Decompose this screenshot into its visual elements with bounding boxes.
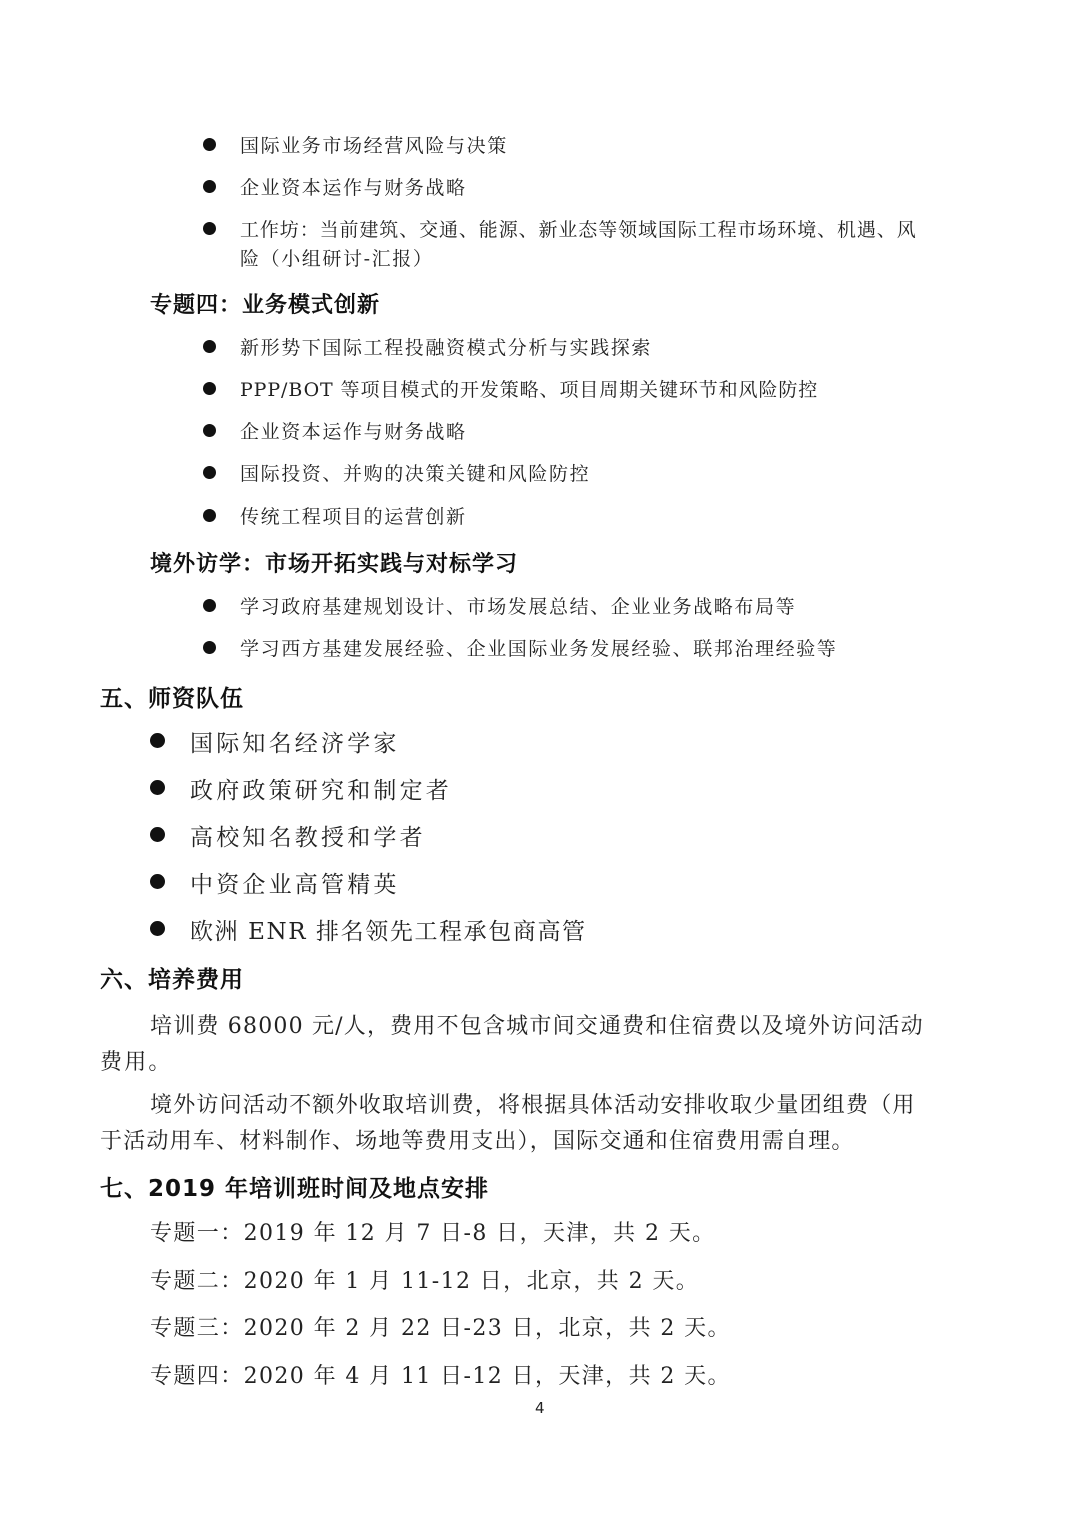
bullet-icon bbox=[150, 921, 165, 936]
overseas-heading: 境外访学：市场开拓实践与对标学习 bbox=[150, 547, 518, 578]
list-item: 学习政府基建规划设计、市场发展总结、企业业务战略布局等 bbox=[240, 592, 796, 619]
bullet-icon bbox=[203, 509, 216, 522]
list-item: 传统工程项目的运营创新 bbox=[240, 502, 467, 529]
bullet-icon bbox=[203, 599, 216, 612]
paragraph-line: 培训费 68000 元/人，费用不包含城市间交通费和住宿费以及境外访问活动 bbox=[150, 1009, 924, 1040]
list-item: 学习西方基建发展经验、企业国际业务发展经验、联邦治理经验等 bbox=[240, 634, 837, 661]
schedule-item: 专题三：2020 年 2 月 22 日-23 日，北京，共 2 天。 bbox=[150, 1311, 731, 1342]
list-item: 企业资本运作与财务战略 bbox=[240, 417, 467, 444]
bullet-icon bbox=[203, 222, 216, 235]
bullet-icon bbox=[203, 138, 216, 151]
section5-heading: 五、师资队伍 bbox=[100, 680, 244, 713]
list-item: 国际知名经济学家 bbox=[190, 725, 400, 758]
bullet-icon bbox=[203, 466, 216, 479]
section7-heading: 七、2019 年培训班时间及地点安排 bbox=[100, 1170, 489, 1203]
list-item: 中资企业高管精英 bbox=[190, 866, 400, 899]
schedule-item: 专题二：2020 年 1 月 11-12 日，北京，共 2 天。 bbox=[150, 1264, 699, 1295]
paragraph-line: 于活动用车、材料制作、场地等费用支出），国际交通和住宿费用需自理。 bbox=[100, 1124, 855, 1155]
list-item: 欧洲 ENR 排名领先工程承包商高管 bbox=[190, 913, 587, 946]
paragraph-line: 境外访问活动不额外收取培训费，将根据具体活动安排收取少量团组费（用 bbox=[150, 1088, 916, 1119]
bullet-icon bbox=[150, 874, 165, 889]
topic4-heading: 专题四：业务模式创新 bbox=[150, 288, 380, 319]
bullet-icon bbox=[150, 827, 165, 842]
list-item: 政府政策研究和制定者 bbox=[190, 772, 452, 805]
bullet-icon bbox=[150, 780, 165, 795]
list-item: 高校知名教授和学者 bbox=[190, 819, 426, 852]
schedule-item: 专题四：2020 年 4 月 11 日-12 日，天津，共 2 天。 bbox=[150, 1359, 731, 1390]
schedule-item: 专题一：2019 年 12 月 7 日-8 日，天津，共 2 天。 bbox=[150, 1216, 716, 1247]
bullet-icon bbox=[203, 382, 216, 395]
bullet-icon bbox=[203, 340, 216, 353]
page-number: 4 bbox=[535, 1399, 545, 1417]
list-item-continuation: 险（小组研讨-汇报） bbox=[240, 244, 433, 271]
list-item: 新形势下国际工程投融资模式分析与实践探索 bbox=[240, 333, 652, 360]
bullet-icon bbox=[203, 424, 216, 437]
paragraph-line: 费用。 bbox=[100, 1045, 173, 1076]
list-item: 工作坊：当前建筑、交通、能源、新业态等领域国际工程市场环境、机遇、风 bbox=[240, 215, 917, 242]
list-item: 国际投资、并购的决策关键和风险防控 bbox=[240, 459, 590, 486]
list-item: 国际业务市场经营风险与决策 bbox=[240, 131, 508, 158]
bullet-icon bbox=[203, 641, 216, 654]
list-item: PPP/BOT 等项目模式的开发策略、项目周期关键环节和风险防控 bbox=[240, 375, 818, 402]
section6-heading: 六、培养费用 bbox=[100, 961, 244, 994]
bullet-icon bbox=[150, 733, 165, 748]
bullet-icon bbox=[203, 180, 216, 193]
list-item: 企业资本运作与财务战略 bbox=[240, 173, 467, 200]
